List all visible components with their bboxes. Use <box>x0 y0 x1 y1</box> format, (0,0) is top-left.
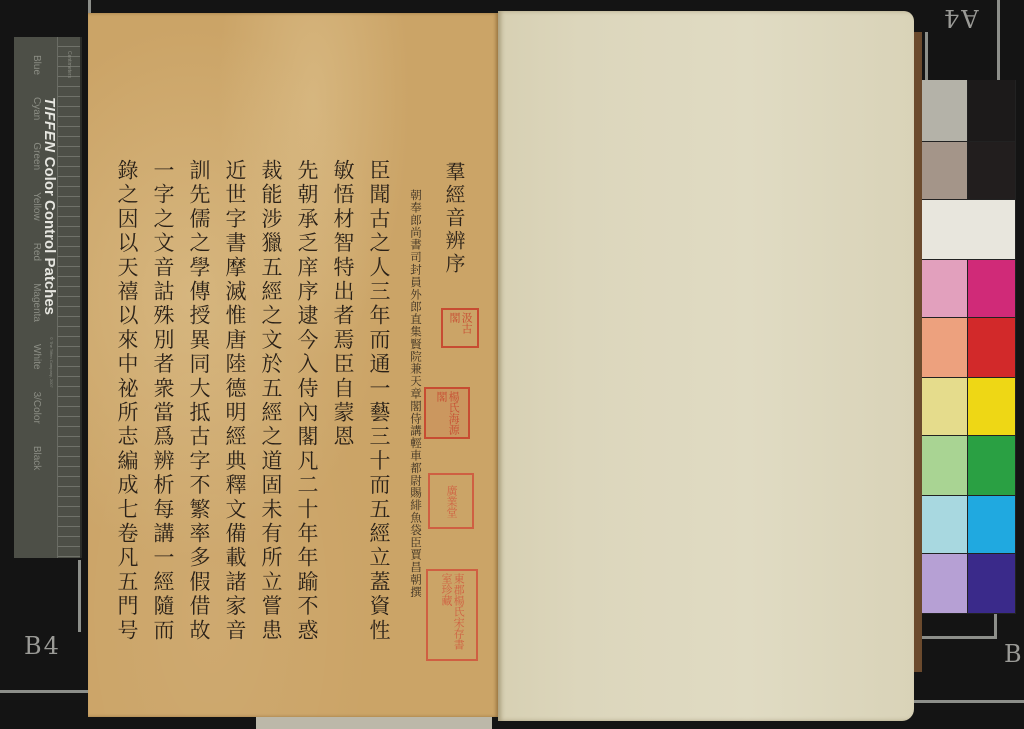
board-line <box>915 636 997 639</box>
brand-name: TIFFEN <box>41 97 58 153</box>
text-column: 錄之因以天禧以來中祕所志編成七卷凡五門号 <box>112 159 142 643</box>
copyright-text: © The Tiffen Company, 2007 <box>49 337 54 388</box>
ruler-scale <box>57 37 80 558</box>
size-label-a4: A4 <box>942 4 979 32</box>
patch-red <box>968 318 1016 378</box>
patch-violet <box>968 554 1016 614</box>
paper-tab <box>256 717 492 729</box>
seal-stamp: 楊氏海源閣 <box>424 387 470 439</box>
patch-light-cyan <box>922 496 968 554</box>
text-column: 一字之文音詁殊別者衆當爲辨析每講一經隨而 <box>148 159 178 643</box>
board-line <box>994 614 997 639</box>
text-column: 敏悟材智特出者焉臣自蒙恩 <box>328 159 358 449</box>
label-blue: Blue <box>31 55 42 75</box>
size-label-b: B <box>1004 640 1024 668</box>
patch-peach <box>922 318 968 378</box>
seal-stamp: 廣業堂 <box>428 473 474 529</box>
patch-magenta <box>968 260 1016 318</box>
preface-title: 羣經音辨序 <box>440 161 469 276</box>
patch-light-yellow <box>922 378 968 436</box>
tiffen-logo: TIFFEN Color Control Patches <box>41 97 58 315</box>
board-line <box>997 0 1000 80</box>
patch-light-green <box>922 436 968 496</box>
patch-light-gray <box>922 80 968 142</box>
board-line <box>925 32 928 82</box>
patch-black-bottom <box>968 142 1016 200</box>
patch-yellow <box>968 378 1016 436</box>
text-column: 近世字書摩滅惟唐陸德明經典釋文備載諸家音 <box>220 159 250 643</box>
patch-warm-gray <box>922 142 968 200</box>
author-byline: 朝奉郎尚書司封員外郎直集賢院兼天章閣侍講輕車都尉賜緋魚袋臣賈昌朝撰 <box>408 189 424 598</box>
product-name: Color Control Patches <box>41 157 58 315</box>
size-label-b4: B4 <box>24 632 61 660</box>
board-line <box>0 690 90 693</box>
board-line <box>78 560 81 632</box>
label-black: Black <box>31 446 42 470</box>
board-line <box>912 700 1024 703</box>
board-line <box>88 0 91 14</box>
right-page-blank <box>498 11 914 721</box>
label-3color: 3/Color <box>31 392 42 424</box>
left-page: 羣經音辨序 朝奉郎尚書司封員外郎直集賢院兼天章閣侍講輕車都尉賜緋魚袋臣賈昌朝撰 … <box>88 13 498 717</box>
color-calibration-chart <box>922 80 1016 614</box>
patch-pink <box>922 260 968 318</box>
patch-cyan <box>968 496 1016 554</box>
patch-lavender <box>922 554 968 614</box>
patch-white <box>922 200 1016 260</box>
patch-green <box>968 436 1016 496</box>
text-column: 先朝承乏庠序逮今入侍內閣凡二十年年踰不惑 <box>292 159 322 643</box>
ruler-label: Centimeters <box>66 51 72 78</box>
book-edge <box>914 32 922 672</box>
seal-stamp: 東郡楊氏宋存書室珍藏 <box>426 569 478 661</box>
patch-black-top <box>968 80 1016 142</box>
seal-stamp: 汲古閣 <box>441 308 479 348</box>
tiffen-color-strip: Centimeters BlueCyanGreenYellowRedMagent… <box>14 37 82 558</box>
text-column: 臣聞古之人三年而通一藝三十而五經立蓋資性 <box>364 159 394 643</box>
text-column: 訓先儒之學傳授異同大抵古字不繁率多假借故 <box>184 159 214 643</box>
text-column: 裁能涉獵五經之文於五經之道固未有所立嘗患 <box>256 159 286 643</box>
label-white: White <box>31 344 42 370</box>
